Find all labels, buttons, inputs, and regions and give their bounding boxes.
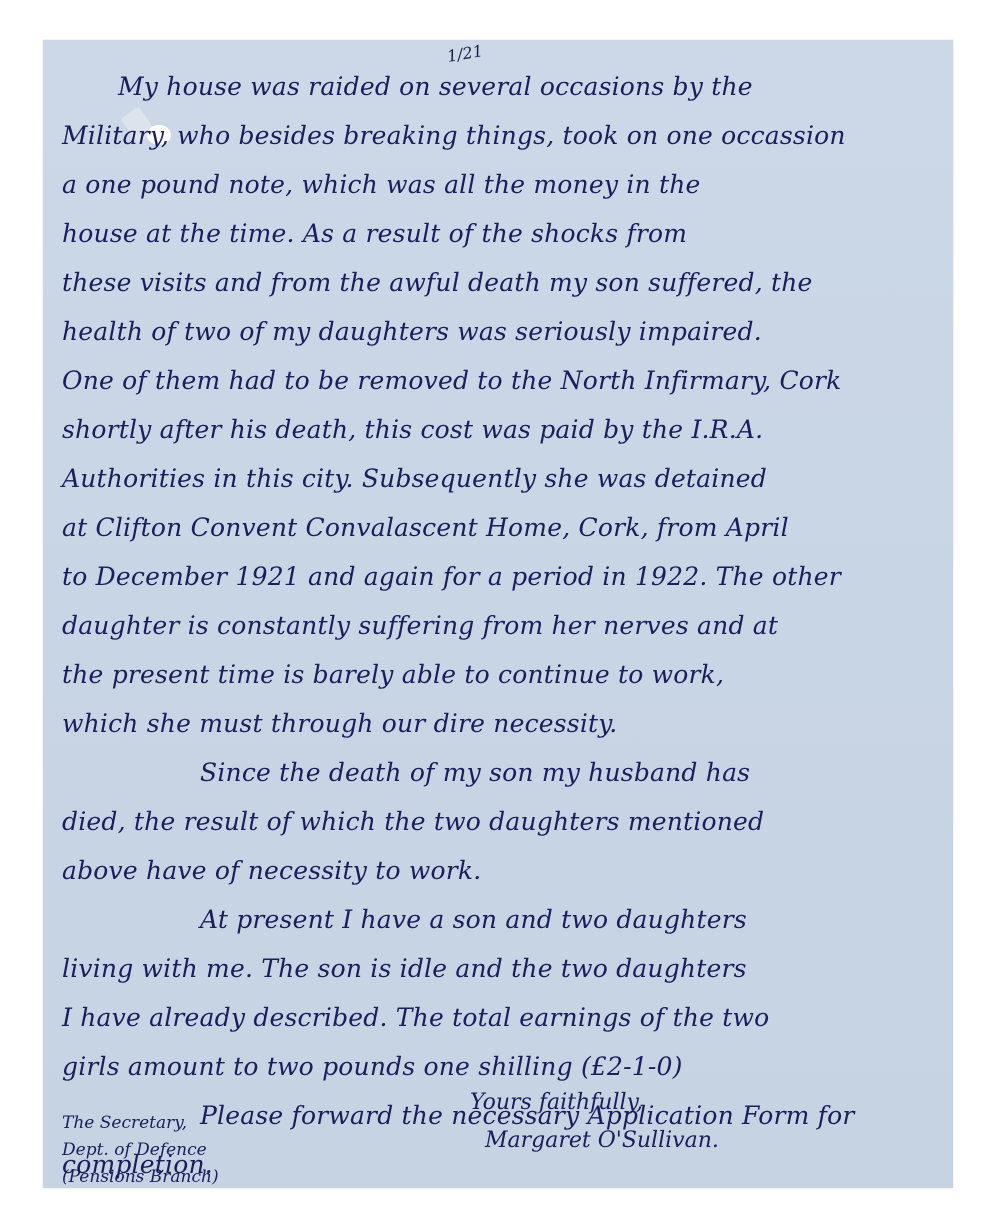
letter-line: which she must through our dire necessit…	[62, 709, 617, 738]
signature: Margaret O'Sullivan.	[485, 1128, 719, 1153]
letter-line: One of them had to be removed to the Nor…	[62, 366, 842, 395]
letter-line: at Clifton Convent Convalascent Home, Co…	[62, 513, 789, 542]
letter-line: Since the death of my son my husband has	[200, 758, 750, 787]
addressee-line: Dept. of Defence	[62, 1137, 219, 1164]
letter-line: girls amount to two pounds one shilling …	[62, 1052, 683, 1081]
closing: Yours faithfully,	[470, 1090, 643, 1115]
letter-line: At present I have a son and two daughter…	[200, 905, 747, 934]
letter-line: I have already described. The total earn…	[62, 1003, 769, 1032]
addressee-line: (Pensions Branch)	[62, 1164, 219, 1191]
letter-line: to December 1921 and again for a period …	[62, 562, 841, 591]
letter-line: died, the result of which the two daught…	[62, 807, 764, 836]
letter-line: these visits and from the awful death my…	[62, 268, 813, 297]
letter-line: health of two of my daughters was seriou…	[62, 317, 762, 346]
addressee-block: The Secretary, Dept. of Defence (Pension…	[62, 1110, 219, 1191]
letter-line: Authorities in this city. Subsequently s…	[62, 464, 767, 493]
letter-line: a one pound note, which was all the mone…	[62, 170, 701, 199]
letter-line: shortly after his death, this cost was p…	[62, 415, 763, 444]
letter-line: Military, who besides breaking things, t…	[62, 121, 846, 150]
letter-line: daughter is constantly suffering from he…	[62, 611, 778, 640]
letter-line: house at the time. As a result of the sh…	[62, 219, 687, 248]
letter-line: living with me. The son is idle and the …	[62, 954, 747, 983]
letter-line: My house was raided on several occasions…	[118, 72, 753, 101]
letter-line: above have of necessity to work.	[62, 856, 481, 885]
addressee-line: The Secretary,	[62, 1110, 219, 1137]
letter-line: the present time is barely able to conti…	[62, 660, 724, 689]
